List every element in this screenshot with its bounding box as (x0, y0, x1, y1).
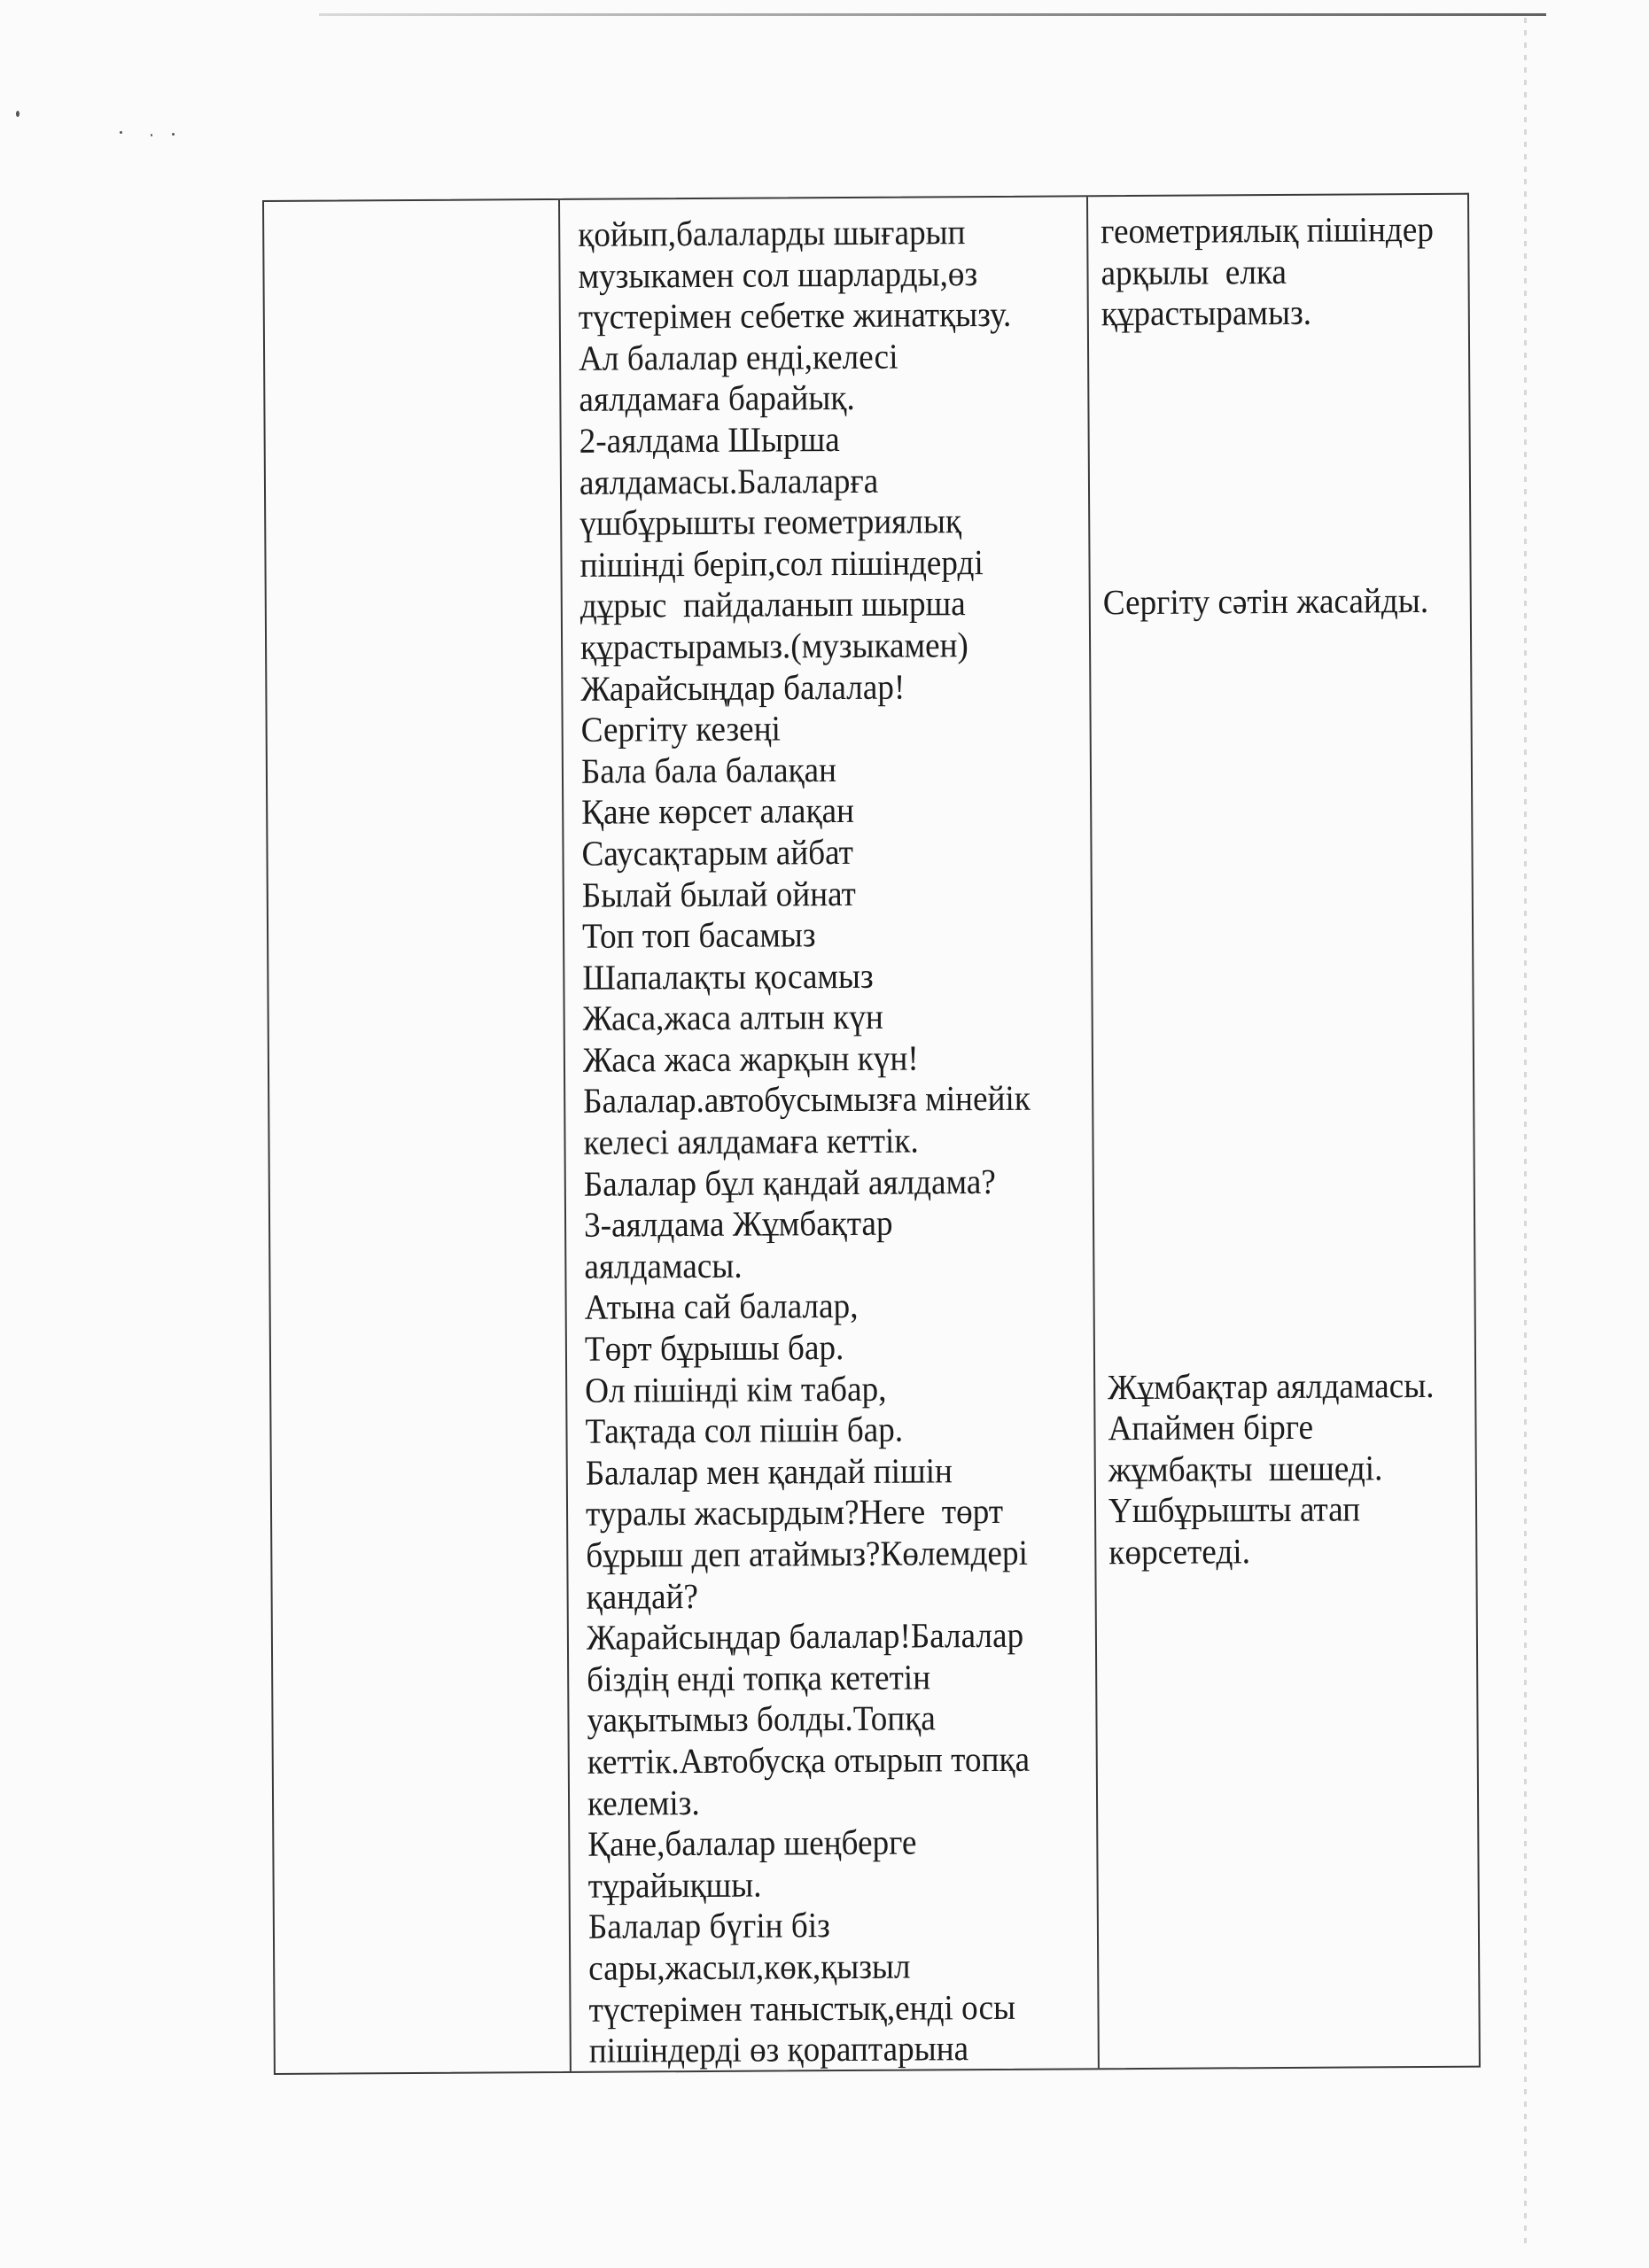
text-line (1107, 1282, 1448, 1325)
column-1-lines (264, 200, 558, 202)
text-line: кеттік.Автобусқа отырып топқа (587, 1739, 1061, 1783)
text-line: Балалар бұл қандай аялдама? (584, 1161, 1057, 1205)
text-line: Балалар бүгін біз (588, 1904, 1062, 1948)
scan-speck (151, 134, 152, 136)
text-line: туралы жасырдым?Неге төрт (586, 1491, 1059, 1535)
text-line (1106, 993, 1447, 1037)
text-line: тұрайықшы. (587, 1862, 1061, 1907)
text-line: көрсетеді. (1108, 1530, 1450, 1573)
text-line: музыкамен сол шарларды,өз (578, 252, 1051, 297)
text-line: Жұмбақтар аялдамасы. (1108, 1364, 1449, 1408)
text-line (1104, 828, 1445, 872)
text-line: уақытымыз болды.Топқа (587, 1697, 1060, 1742)
text-line: Шапалақты қосамыз (582, 954, 1055, 998)
text-line: Жаса,жаса алтын күн (583, 996, 1056, 1040)
text-line (1101, 333, 1443, 377)
text-line: Ал балалар енді,келесі (579, 335, 1052, 379)
text-line: арқылы елка (1101, 250, 1442, 293)
text-line: Үшбұрышты атап (1108, 1488, 1450, 1532)
text-line: Бала бала балақан (581, 748, 1054, 792)
text-line: Төрт бұрышы бар. (585, 1326, 1058, 1371)
text-line (1103, 622, 1444, 665)
text-line (1107, 1159, 1448, 1202)
text-line (1107, 1200, 1448, 1243)
text-line (1106, 1117, 1447, 1161)
text-line: аялдамасы.Балаларға (579, 459, 1053, 503)
table-column-3-children-activity: геометриялық пішіндерарқылы елкақұрастыр… (1088, 195, 1479, 2069)
text-line: Қане,балалар шеңберге (587, 1821, 1061, 1866)
text-line: құрастырамыз. (1101, 291, 1443, 335)
text-line (1102, 498, 1443, 541)
text-line: Сергіту сәтін жасайды. (1103, 580, 1444, 624)
text-line: аялдамаға барайық. (579, 377, 1052, 421)
text-line: түстерімен себетке жинатқызу. (579, 294, 1052, 338)
text-line: Балалар.автобусымызға мінейік (583, 1078, 1056, 1122)
text-line: Жаса жаса жарқын күн! (583, 1037, 1056, 1081)
text-line: түстерімен таныстық,енді осы (588, 1986, 1062, 2031)
text-line: геометриялық пішіндер (1101, 209, 1442, 252)
text-line (1107, 1241, 1448, 1285)
text-line (1104, 746, 1445, 789)
text-line: бұрыш деп атаймыз?Көлемдері (586, 1533, 1059, 1577)
text-line: Балалар мен қандай пішін (586, 1449, 1059, 1494)
text-line (1104, 787, 1445, 830)
text-line: Қане көрсет алақан (581, 789, 1054, 834)
column-3-lines: геометриялық пішіндерарқылы елкақұрастыр… (1101, 209, 1475, 1573)
text-line: Былай былай ойнат (582, 872, 1055, 916)
text-line (1105, 911, 1446, 954)
text-line: қойып,балаларды шығарып (578, 212, 1051, 256)
text-line: Саусақтарым айбат (581, 830, 1054, 874)
scan-artifact-top-line (319, 13, 1546, 16)
text-line: Атына сай балалар, (585, 1285, 1058, 1329)
text-line: аялдамасы. (584, 1243, 1057, 1287)
text-line: пішіндерді өз қораптарына (589, 2028, 1062, 2072)
text-line (1108, 1324, 1449, 1367)
text-line (1101, 374, 1443, 417)
text-line (1103, 663, 1444, 706)
table-column-1 (264, 200, 572, 2073)
table-column-2-teacher-activity: қойып,балаларды шығарыпмузыкамен сол шар… (560, 197, 1100, 2071)
text-line: Тақтада сол пішін бар. (585, 1409, 1058, 1453)
text-line: құрастырамыз.(музыкамен) (580, 624, 1054, 668)
text-line (1104, 704, 1445, 748)
text-line (1105, 869, 1446, 913)
text-line (1102, 416, 1443, 459)
text-line (1105, 952, 1446, 996)
text-line: қандай? (586, 1573, 1059, 1618)
column-2-lines: қойып,балаларды шығарыпмузыкамен сол шар… (578, 211, 1098, 2071)
scan-speck (172, 133, 175, 136)
text-line (1106, 1035, 1447, 1078)
lesson-plan-table: қойып,балаларды шығарыпмузыкамен сол шар… (262, 193, 1481, 2075)
text-line: келесі аялдамаға кеттік. (583, 1120, 1056, 1164)
text-line: 3-аялдама Жұмбақтар (584, 1202, 1057, 1247)
text-line: Ол пішінді кім табар, (585, 1367, 1058, 1411)
text-line: үшбұрышты геометриялық (579, 501, 1053, 545)
text-line: Апаймен бірге (1108, 1406, 1449, 1449)
text-line: дұрыс пайдаланып шырша (580, 583, 1054, 627)
text-line (1102, 456, 1443, 500)
text-line: Жарайсыңдар балалар! (580, 665, 1054, 710)
scan-artifact-right-edge (1524, 18, 1527, 2250)
scan-speck (120, 131, 122, 134)
text-line: 2-аялдама Шырша (579, 418, 1053, 462)
text-line: сары,жасыл,көк,қызыл (588, 1945, 1062, 1989)
text-line: біздің енді топқа кететін (587, 1656, 1060, 1700)
text-line: Топ топ басамыз (582, 913, 1055, 958)
text-line: Жарайсыңдар балалар!Балалар (587, 1615, 1060, 1659)
text-line: келеміз. (587, 1780, 1061, 1824)
text-line (1106, 1076, 1447, 1119)
text-line (1102, 540, 1443, 583)
text-line: пішінді беріп,сол пішіндерді (579, 541, 1053, 586)
text-line: жұмбақты шешеді. (1108, 1448, 1450, 1491)
scan-speck (16, 111, 19, 117)
text-line: Сергіту кезеңі (581, 707, 1054, 751)
